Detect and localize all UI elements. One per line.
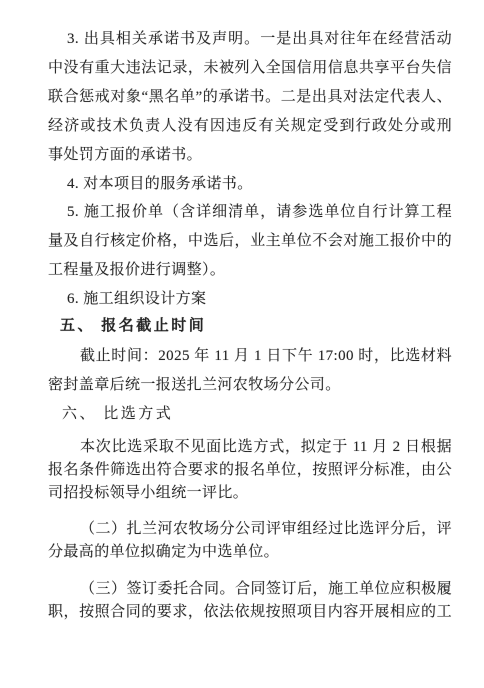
document-line: 中没有重大违法记录，未被列入全国信用信息共享平台失信 (48, 60, 452, 77)
document-line: 经济或技术负责人没有因违反有关规定受到行政处分或刑 (48, 118, 452, 135)
document-line: （三）签订委托合同。合同签订后，施工单位应积极履 (48, 581, 452, 598)
document-page: 3. 出具相关承诺书及声明。一是出具对往年在经营活动 中没有重大违法记录，未被列… (0, 0, 484, 688)
document-line: 5. 施工报价单（含详细清单，请参选单位自行计算工程 (48, 204, 452, 221)
document-line: 本次比选采取不见面比选方式，拟定于 11 月 2 日根据 (48, 439, 452, 456)
document-line: 分最高的单位拟确定为中选单位。 (48, 544, 452, 561)
document-line: （二）扎兰河农牧场分公司评审组经过比选评分后，评 (48, 521, 452, 538)
document-line: 密封盖章后统一报送扎兰河农牧场分公司。 (48, 377, 452, 394)
document-line: 职，按照合同的要求，依法依规按照项目内容开展相应的工 (48, 604, 452, 621)
document-line: 4. 对本项目的服务承诺书。 (48, 176, 471, 193)
section-heading-selection-method: 六、 比选方式 (48, 406, 466, 423)
document-line: 截止时间：2025 年 11 月 1 日下午 17:00 时，比选材料 (48, 348, 452, 365)
document-line: 工程量及报价进行调整）。 (48, 262, 452, 279)
document-line: 3. 出具相关承诺书及声明。一是出具对往年在经营活动 (48, 31, 452, 48)
document-line: 联合惩戒对象“黑名单”的承诺书。二是出具对法定代表人、 (48, 89, 452, 106)
section-heading-signup-deadline: 五、 报名截止时间 (48, 318, 464, 335)
document-line: 量及自行核定价格，中选后，业主单位不会对施工报价中的 (48, 233, 452, 250)
document-line: 司招投标领导小组统一评比。 (48, 485, 452, 502)
document-line: 6. 施工组织设计方案 (48, 291, 471, 308)
document-line: 报名条件筛选出符合要求的报名单位，按照评分标准，由公 (48, 462, 452, 479)
document-line: 事处罚方面的承诺书。 (48, 147, 452, 164)
